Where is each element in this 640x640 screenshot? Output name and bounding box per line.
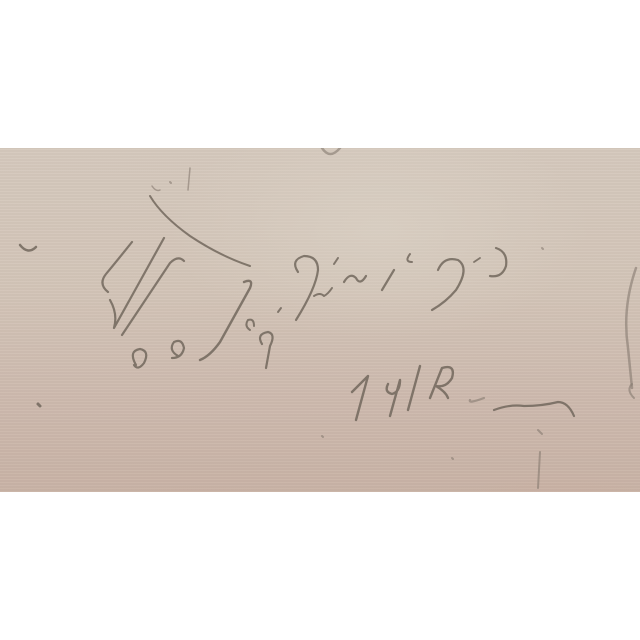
- paper-photo: Modigliani 1918: [0, 148, 640, 492]
- signature-strokes: [0, 148, 640, 492]
